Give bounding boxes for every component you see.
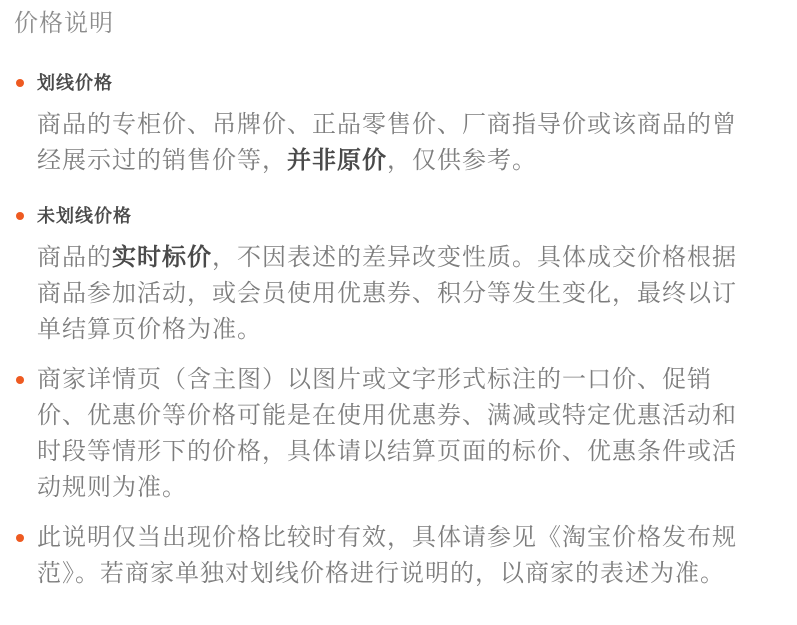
section-heading-strikethrough-price: 划线价格 [37,70,741,97]
price-note-content: 划线价格 商品的专柜价、吊牌价、正品零售价、厂商指导价或该商品的曾经展示过的销售… [37,60,741,179]
bullet-icon [16,534,24,542]
body-text: 商品的 [37,244,112,271]
price-note-content: 未划线价格 商品的实时标价，不因表述的差异改变性质。具体成交价格根据商品参加活动… [37,193,741,348]
price-note-content: 此说明仅当出现价格比较时有效，具体请参见《淘宝价格发布规范》。若商家单独对划线价… [37,520,741,592]
page-title: 价格说明 [14,8,741,40]
emphasized-text: 并非原价 [287,147,387,174]
bullet-icon [16,79,24,87]
price-note-item: 此说明仅当出现价格比较时有效，具体请参见《淘宝价格发布规范》。若商家单独对划线价… [14,520,741,592]
section-paragraph: 商品的专柜价、吊牌价、正品零售价、厂商指导价或该商品的曾经展示过的销售价等，并非… [37,107,741,179]
bullet-icon [16,212,24,220]
price-description-page: 价格说明 划线价格 商品的专柜价、吊牌价、正品零售价、厂商指导价或该商品的曾经展… [0,0,797,592]
bullet-icon [16,376,24,384]
price-note-item: 划线价格 商品的专柜价、吊牌价、正品零售价、厂商指导价或该商品的曾经展示过的销售… [14,60,741,179]
price-note-content: 商家详情页（含主图）以图片或文字形式标注的一口价、促销价、优惠价等价格可能是在使… [37,362,741,506]
price-note-item: 未划线价格 商品的实时标价，不因表述的差异改变性质。具体成交价格根据商品参加活动… [14,193,741,348]
price-note-item: 商家详情页（含主图）以图片或文字形式标注的一口价、促销价、优惠价等价格可能是在使… [14,362,741,506]
body-text: ，仅供参考。 [387,147,537,174]
emphasized-text: 实时标价 [112,244,212,271]
body-text: 此说明仅当出现价格比较时有效，具体请参见《淘宝价格发布规范》。若商家单独对划线价… [37,524,737,587]
section-paragraph: 商家详情页（含主图）以图片或文字形式标注的一口价、促销价、优惠价等价格可能是在使… [37,362,741,506]
body-text: 商家详情页（含主图）以图片或文字形式标注的一口价、促销价、优惠价等价格可能是在使… [37,366,737,501]
section-heading-unstrikethrough-price: 未划线价格 [37,203,741,230]
section-paragraph: 商品的实时标价，不因表述的差异改变性质。具体成交价格根据商品参加活动，或会员使用… [37,240,741,348]
section-paragraph: 此说明仅当出现价格比较时有效，具体请参见《淘宝价格发布规范》。若商家单独对划线价… [37,520,741,592]
